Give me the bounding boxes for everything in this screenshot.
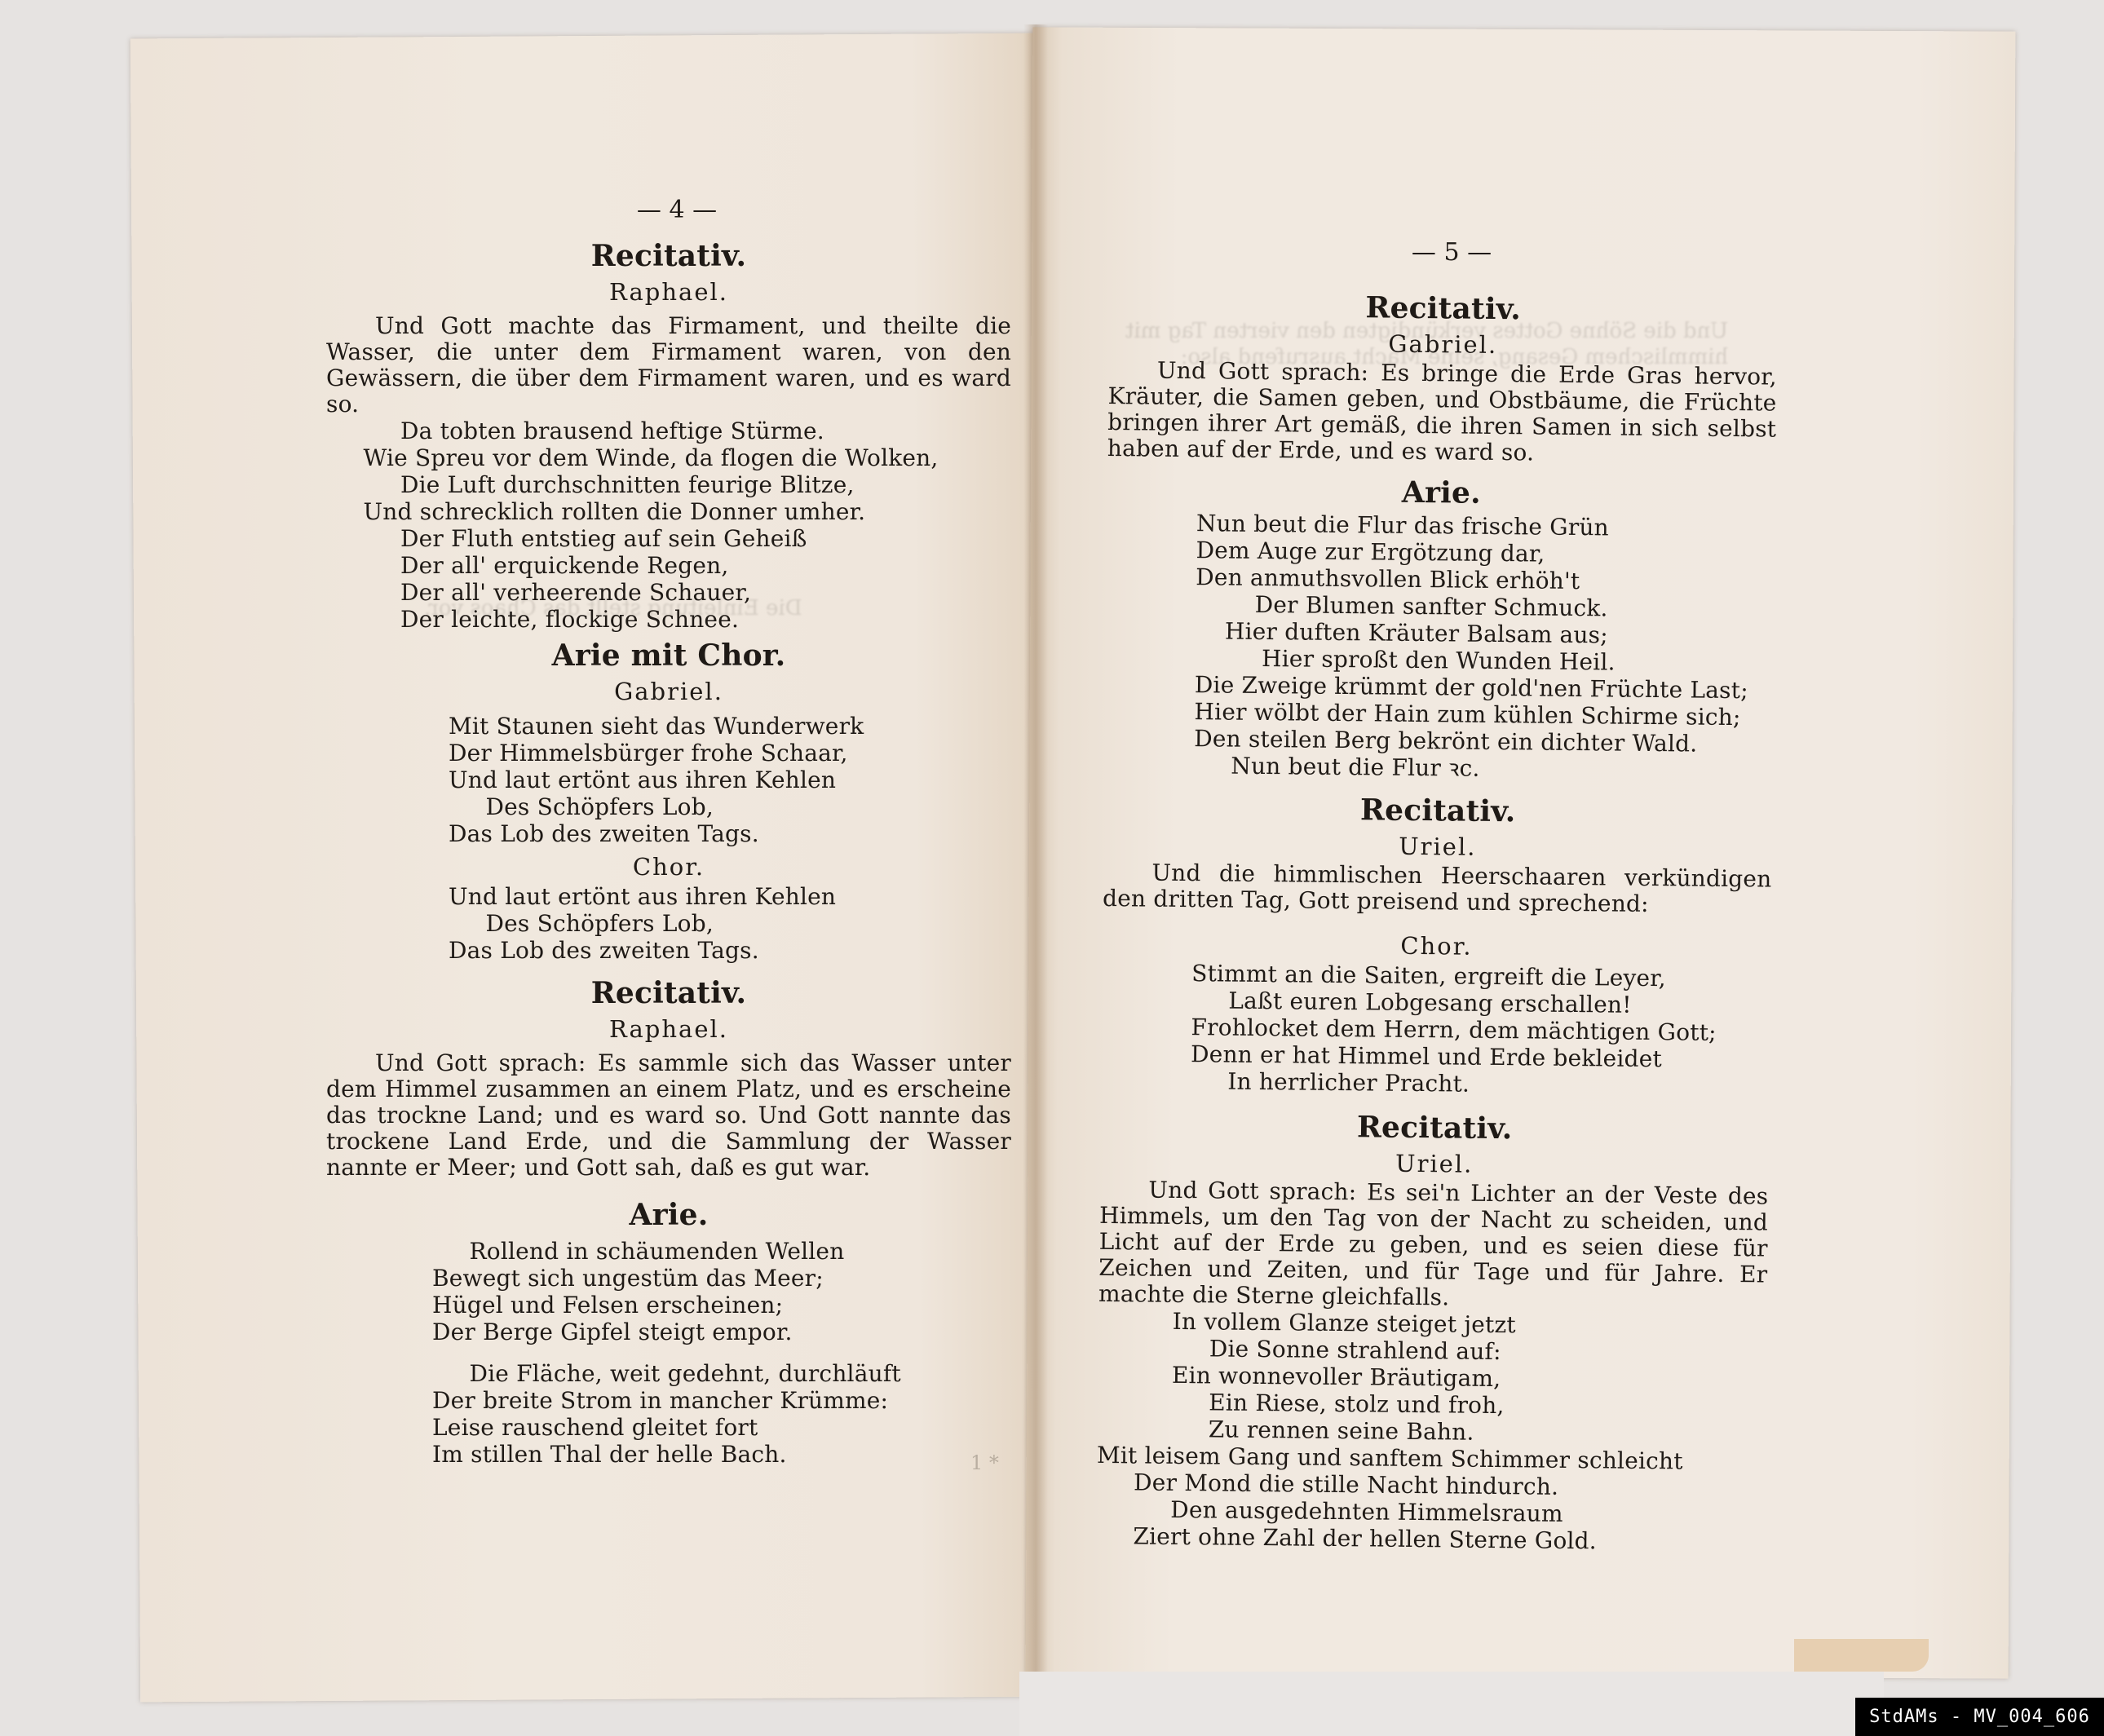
speaker-name: Raphael.	[326, 1013, 1011, 1045]
verse-block: Da tobten brausend heftige Stürme. Wie S…	[326, 417, 1011, 633]
section-heading: Arie.	[1107, 470, 1775, 516]
page-corner-stain	[1794, 1639, 1929, 1672]
speaker-name: Raphael.	[326, 276, 1011, 308]
verse-line: Das Lob des zweiten Tags.	[449, 937, 1011, 964]
verse-block: Mit Staunen sieht das Wunderwerk Der Him…	[326, 713, 1011, 847]
verse-block: In vollem Glanze steiget jetzt Die Sonne…	[1096, 1307, 1767, 1557]
verse-block: Rollend in schäumenden Wellen Bewegt sic…	[326, 1238, 1011, 1345]
verse-line: Der Fluth entstieg auf sein Geheiß	[326, 525, 1011, 552]
verse-line: In herrlicher Pracht.	[1191, 1067, 1770, 1100]
verse-line: Der Berge Gipfel steigt empor.	[432, 1319, 1011, 1345]
section-heading: Recitativ.	[326, 974, 1011, 1013]
verse-line: Und laut ertönt aus ihren Kehlen	[449, 883, 1011, 910]
verse-line: Das Lob des zweiten Tags.	[449, 820, 1011, 847]
verse-line: Rollend in schäumenden Wellen	[432, 1238, 1011, 1265]
verse-line: Und laut ertönt aus ihren Kehlen	[449, 766, 1011, 793]
archive-id-label: StdAMs - MV_004_606	[1855, 1698, 2104, 1736]
verse-block: Stimmt an die Saiten, ergreift die Leyer…	[1101, 959, 1771, 1101]
verse-line: Der all' verheerende Schauer,	[326, 579, 1011, 606]
verse-line: Der all' erquickende Regen,	[326, 552, 1011, 579]
verse-line: Der breite Strom in mancher Krümme:	[432, 1387, 1011, 1414]
verse-line: Leise rauschend gleitet fort	[432, 1414, 1011, 1441]
verse-line: Des Schöpfers Lob,	[449, 910, 1011, 937]
left-page-text: Recitativ. Raphael. Und Gott machte das …	[326, 236, 1011, 1468]
section-heading: Recitativ.	[326, 236, 1011, 276]
prose-paragraph: Und Gott sprach: Es sammle sich das Wass…	[326, 1050, 1011, 1181]
section-heading: Recitativ.	[1100, 1105, 1769, 1151]
verse-line: Die Fläche, weit gedehnt, durchläuft	[432, 1360, 1011, 1387]
verse-line: Da tobten brausend heftige Stürme.	[326, 417, 1011, 444]
verse-block: Nun beut die Flur das frische Grün Dem A…	[1104, 509, 1775, 785]
verse-line: Der leichte, flockige Schnee.	[326, 606, 1011, 633]
verse-line: Und schrecklich rollten die Donner umher…	[326, 498, 1011, 525]
section-heading: Recitativ.	[1108, 285, 1777, 332]
speaker-name: Chor.	[326, 850, 1011, 883]
prose-paragraph: Und Gott machte das Firmament, und theil…	[326, 313, 1011, 417]
speaker-name: Gabriel.	[326, 675, 1011, 708]
verse-line: Der Himmelsbürger frohe Schaar,	[449, 740, 1011, 766]
page-number-right: — 5 —	[1329, 238, 1574, 267]
book-spine-gutter	[1023, 24, 1048, 1704]
verse-line: Die Luft durchschnitten feurige Blitze,	[326, 471, 1011, 498]
verse-line: Im stillen Thal der helle Bach.	[432, 1441, 1011, 1468]
verse-line: Bewegt sich ungestüm das Meer;	[432, 1265, 1011, 1292]
signature-mark: 1 *	[970, 1451, 999, 1474]
verse-line: Des Schöpfers Lob,	[449, 793, 1011, 820]
right-page-text: Recitativ. Gabriel. Und Gott sprach: Es …	[1096, 285, 1778, 1557]
prose-paragraph: Und Gott sprach: Es sei'n Lichter an der…	[1098, 1177, 1769, 1314]
verse-block: Und laut ertönt aus ihren Kehlen Des Sch…	[326, 883, 1011, 964]
verse-line: Mit Staunen sieht das Wunderwerk	[449, 713, 1011, 740]
section-heading: Arie mit Chor.	[326, 636, 1011, 675]
prose-paragraph: Und Gott sprach: Es bringe die Erde Gras…	[1107, 357, 1777, 469]
prose-paragraph: Und die himmlischen Heerschaaren verkünd…	[1103, 859, 1772, 919]
verse-line: Wie Spreu vor dem Winde, da flogen die W…	[326, 444, 1011, 471]
page-number-left: — 4 —	[555, 196, 799, 224]
section-heading: Recitativ.	[1103, 788, 1772, 834]
verse-line: Hügel und Felsen erscheinen;	[432, 1292, 1011, 1319]
verse-block: Die Fläche, weit gedehnt, durchläuft Der…	[326, 1360, 1011, 1468]
scan-background-flap	[1019, 1672, 1884, 1736]
section-heading: Arie.	[326, 1195, 1011, 1235]
